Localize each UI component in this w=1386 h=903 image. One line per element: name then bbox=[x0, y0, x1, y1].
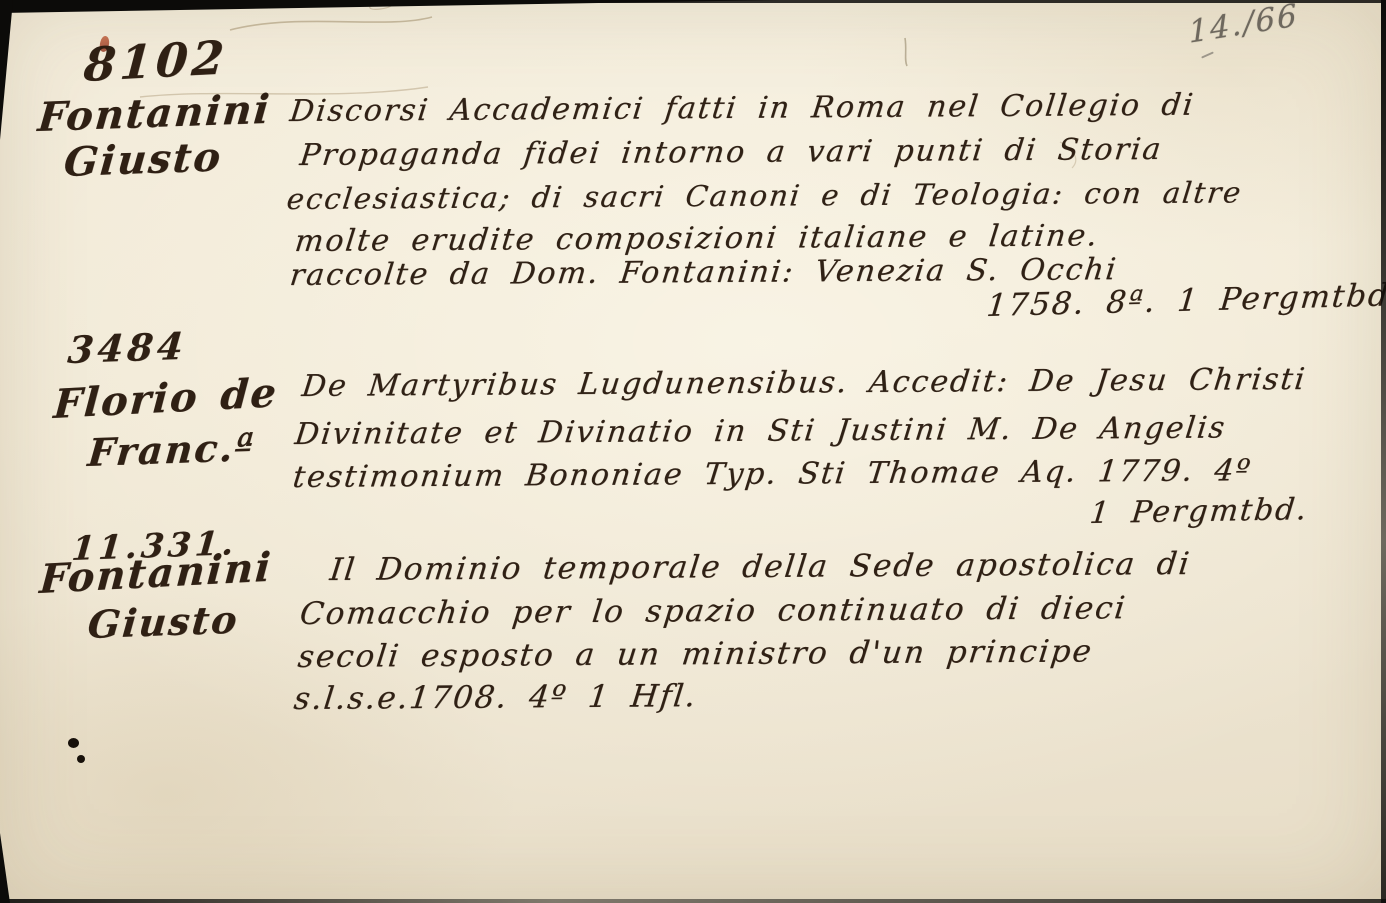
scanned-catalog-card: 14./66 8102 Fontanini Giusto Discorsi Ac… bbox=[0, 0, 1386, 903]
title-line: Comacchio per lo spazio continuato di di… bbox=[298, 590, 1129, 632]
title-line: De Martyribus Lugdunensibus. Accedit: De… bbox=[300, 362, 1308, 404]
shelfmark-pencil-note: 14./66 bbox=[1188, 0, 1300, 51]
author-surname: Fontanini bbox=[36, 86, 273, 141]
paper: 14./66 8102 Fontanini Giusto Discorsi Ac… bbox=[0, 0, 1386, 903]
title-line: Il Dominio temporale della Sede apostoli… bbox=[328, 546, 1193, 588]
title-line: s.l.s.e.1708. 4º 1 Hfl. bbox=[292, 678, 699, 717]
author-forename: Giusto bbox=[86, 597, 241, 647]
scan-edge-bottom bbox=[0, 899, 1386, 903]
title-line: Divinitate et Divinatio in Sti Justini M… bbox=[293, 410, 1228, 452]
pencil-dash bbox=[1201, 51, 1214, 58]
title-line: testimonium Bononiae Typ. Sti Thomae Aq.… bbox=[291, 453, 1254, 495]
title-line: ecclesiastica; di sacri Canoni e di Teol… bbox=[285, 175, 1244, 216]
scan-edge-right bbox=[1381, 0, 1386, 903]
entry-number: 8102 bbox=[82, 30, 230, 92]
author-forename: Giusto bbox=[62, 133, 224, 186]
entry-number: 3484 bbox=[66, 324, 189, 372]
ink-blot bbox=[68, 738, 79, 748]
author-surname: Florio de bbox=[52, 369, 280, 428]
title-line: Propaganda fidei intorno a vari punti di… bbox=[298, 132, 1164, 173]
author-forename: Franc.ª bbox=[86, 424, 257, 475]
title-line: secoli esposto a un ministro d'un princi… bbox=[296, 633, 1095, 675]
ink-blot bbox=[77, 755, 85, 763]
imprint-line: 1 Pergmtbd. bbox=[1088, 492, 1310, 531]
title-line: Discorsi Accademici fatti in Roma nel Co… bbox=[288, 88, 1196, 129]
